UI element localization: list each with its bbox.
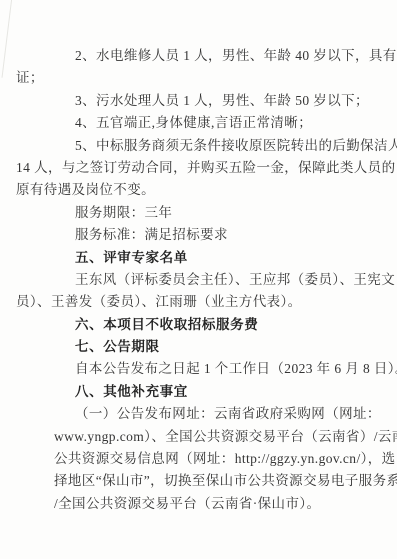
text-line: 公共资源交易信息网（网址：http://ggzy.yn.gov.cn/），选: [0, 448, 397, 470]
section-heading: 七、公告期限: [0, 336, 397, 358]
text-line: 2、水电维修人员 1 人，男性、年龄 40 岁以下，具有电工: [0, 45, 397, 67]
text-line: 原有待遇及岗位不变。: [0, 179, 397, 201]
text-line: 自本公告发布之日起 1 个工作日（2023 年 6 月 8 日）。: [0, 358, 397, 380]
text-line: 4、五官端正,身体健康,言语正常清晰；: [0, 112, 397, 134]
document-body: 2、水电维修人员 1 人，男性、年龄 40 岁以下，具有电工证；3、污水处理人员…: [0, 45, 397, 515]
text-line: 服务标准：满足招标要求: [0, 224, 397, 246]
text-line: 服务期限：三年: [0, 202, 397, 224]
text-line: www.yngp.com）、全国公共资源交易平台（云南省）/云南省: [0, 426, 397, 448]
text-line: 择地区“保山市”，切换至保山市公共资源交易电子服务系统: [0, 470, 397, 492]
text-line: （一）公告发布网址：云南省政府采购网（网址：: [0, 403, 397, 425]
section-heading: 八、其他补充事宜: [0, 381, 397, 403]
text-line: 5、中标服务商须无条件接收原医院转出的后勤保洁人员: [0, 135, 397, 157]
document-page: 2、水电维修人员 1 人，男性、年龄 40 岁以下，具有电工证；3、污水处理人员…: [0, 0, 397, 559]
text-line: 14 人，与之签订劳动合同，并购买五险一金，保障此类人员的: [0, 157, 397, 179]
section-heading: 五、评审专家名单: [0, 247, 397, 269]
text-line: 证；: [0, 67, 397, 89]
text-line: 员）、王善发（委员）、江雨珊（业主方代表）。: [0, 291, 397, 313]
section-heading: 六、本项目不收取招标服务费: [0, 314, 397, 336]
text-line: 3、污水处理人员 1 人，男性、年龄 50 岁以下；: [0, 90, 397, 112]
text-line: /全国公共资源交易平台（云南省·保山市）。: [0, 493, 397, 515]
text-line: 王东风（评标委员会主任）、王应邦（委员）、王宪文（委: [0, 269, 397, 291]
